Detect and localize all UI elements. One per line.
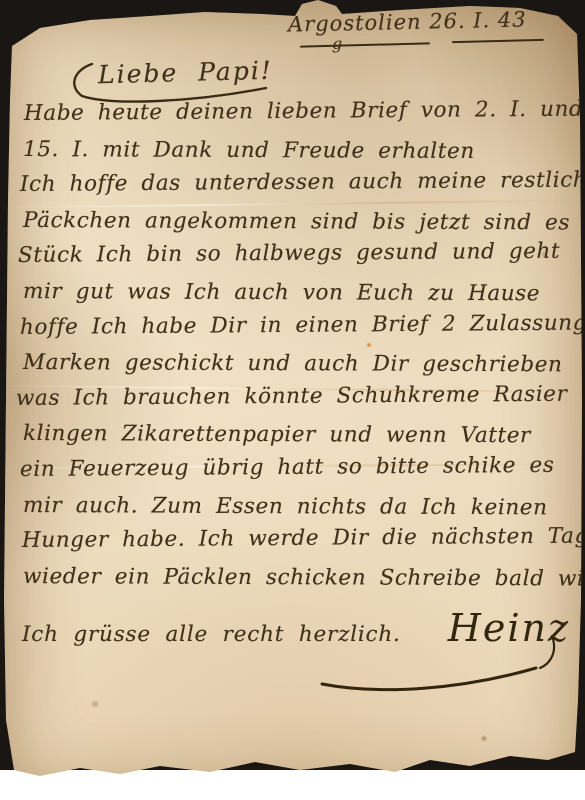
handwritten-line: Stück Ich bin so halbwegs gesund und geh… <box>18 234 572 274</box>
signature: Heinz <box>448 606 570 650</box>
paper-stain <box>480 735 488 742</box>
closing-text: Ich grüsse alle recht herzlich. <box>22 622 401 647</box>
place-and-date: Argostolien 26. I. 43 <box>288 8 527 37</box>
letter-paper: Argostolien 26. I. 43 g Liebe Papi! Habe… <box>0 0 585 800</box>
handwritten-line: Ich hoffe das unterdessen auch meine res… <box>20 163 572 203</box>
closing-row: Ich grüsse alle recht herzlich. Heinz ! <box>22 606 572 650</box>
date-underline <box>452 39 544 44</box>
paper-stain <box>90 700 100 708</box>
handwritten-line: ein Feuerzeug übrig hatt so bitte schike… <box>20 448 572 488</box>
handwritten-line: hoffe Ich habe Dir in einen Brief 2 Zula… <box>20 305 572 345</box>
letter-body: Habe heute deinen lieben Brief von 2. I.… <box>20 96 572 594</box>
handwritten-line: Hunger habe. Ich werde Dir die nächsten … <box>22 519 572 559</box>
date-correction-mark: g <box>332 34 342 53</box>
scanner-bed-white-strip <box>0 770 585 800</box>
scanned-handwritten-letter: Argostolien 26. I. 43 g Liebe Papi! Habe… <box>0 0 585 800</box>
handwritten-line: was Ich brauchen könnte Schuhkreme Rasie… <box>16 376 572 416</box>
handwritten-line: wieder ein Päcklen schicken Schreibe bal… <box>23 559 572 597</box>
salutation: Liebe Papi! <box>98 56 273 90</box>
handwritten-line: Habe heute deinen lieben Brief von 2. I.… <box>24 92 572 132</box>
date-underline <box>300 42 430 48</box>
